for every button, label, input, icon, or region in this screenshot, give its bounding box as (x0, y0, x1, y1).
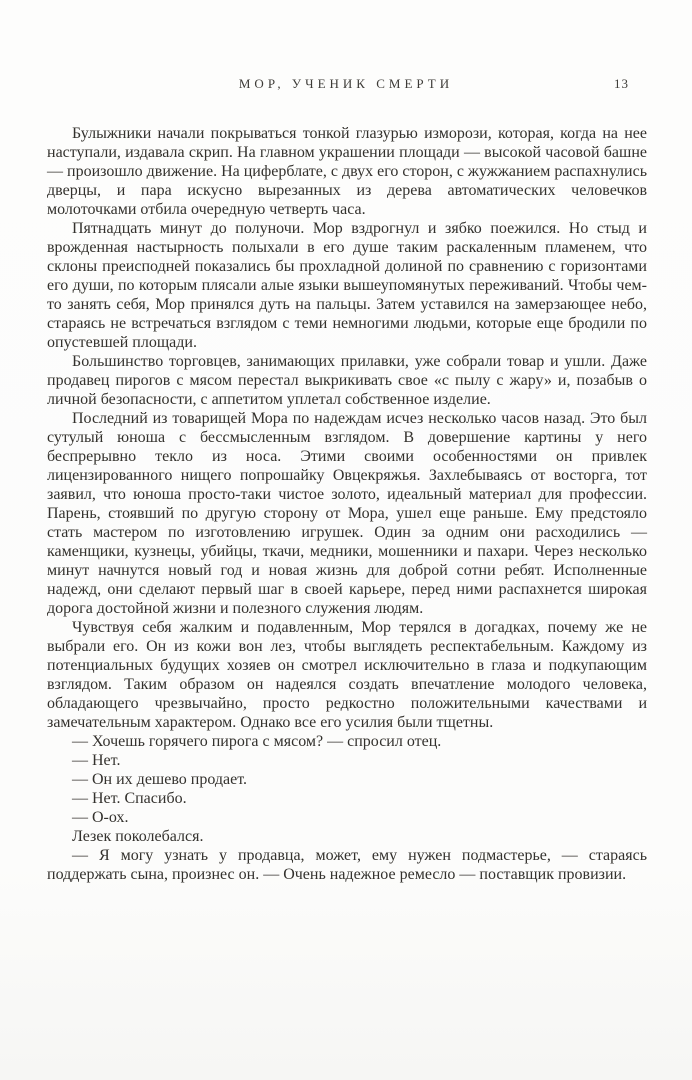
paragraph-cobblestones: Булыжники начали покрываться тонкой глаз… (47, 124, 647, 219)
page-number: 13 (614, 76, 629, 92)
paragraph-merchants: Большинство торговцев, занимающих прилав… (47, 352, 647, 409)
page-header: МОР, УЧЕНИК СМЕРТИ 13 (47, 76, 645, 94)
dialogue-line-no-thanks: — Нет. Спасибо. (47, 789, 647, 808)
book-page: МОР, УЧЕНИК СМЕРТИ 13 Булыжники начали п… (0, 0, 692, 1080)
dialogue-line-no: — Нет. (47, 751, 647, 770)
paragraph-lezek-hesitated: Лезек поколебался. (47, 827, 647, 846)
dialogue-line-apprentice-offer: — Я могу узнать у продавца, может, ему н… (47, 846, 647, 884)
paragraph-midnight: Пятнадцать минут до полуночи. Мор вздрог… (47, 219, 647, 352)
dialogue-line-pie-offer: — Хочешь горячего пирога с мясом? — спро… (47, 732, 647, 751)
paragraph-last-companion: Последний из товарищей Мора по надеждам … (47, 409, 647, 618)
dialogue-line-ooh: — О-ох. (47, 808, 647, 827)
dialogue-line-cheap: — Он их дешево продает. (47, 770, 647, 789)
body-text: Булыжники начали покрываться тонкой глаз… (47, 124, 647, 884)
paragraph-mort-feelings: Чувствуя себя жалким и подавленным, Мор … (47, 618, 647, 732)
running-title: МОР, УЧЕНИК СМЕРТИ (239, 76, 453, 91)
